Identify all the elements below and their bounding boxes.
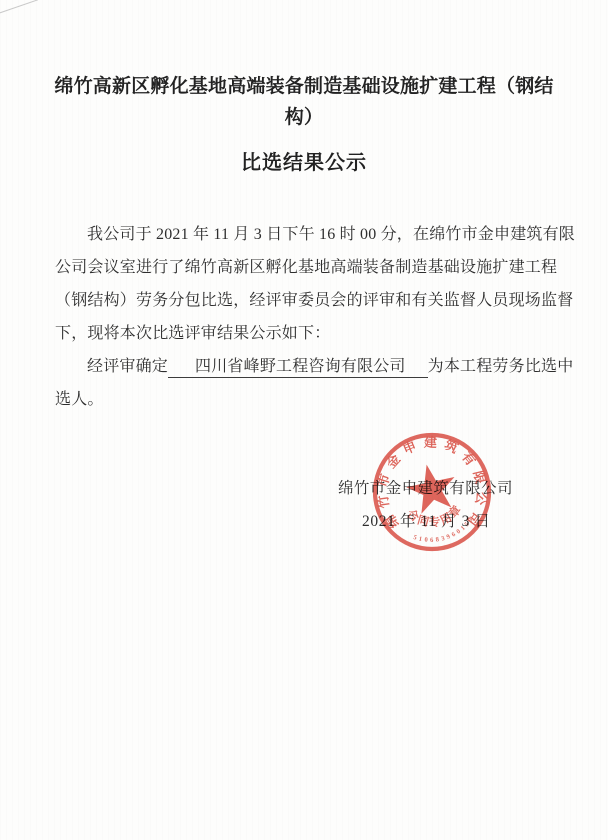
para1-line-2: 公司会议室进行了绵竹高新区孵化基地高端装备制造基础设施扩建工程 [55, 251, 551, 284]
scan-corner-artifact [0, 0, 38, 14]
seal-graphic: 绵竹市金申建筑有限公司 合同专用章 510683960150 [369, 429, 495, 555]
document-page: 绵竹高新区孵化基地高端装备制造基础设施扩建工程（钢结 构） 比选结果公示 我公司… [0, 0, 608, 840]
para2-line-1: 经评审确定四川省峰野工程咨询有限公司为本工程劳务比选中 [55, 350, 551, 383]
title-line-1: 绵竹高新区孵化基地高端装备制造基础设施扩建工程（钢结 [0, 71, 608, 102]
document-subtitle: 比选结果公示 [0, 146, 608, 175]
para2-prefix: 经评审确定 [87, 358, 168, 375]
para1-line-1: 我公司于 2021 年 11 月 3 日下午 16 时 00 分，在绵竹市金申建… [55, 218, 551, 251]
winner-name-underlined: 四川省峰野工程咨询有限公司 [168, 358, 428, 378]
para1-line-3: （钢结构）劳务分包比选，经评审委员会的评审和有关监督人员现场监督 [55, 284, 551, 317]
para2-suffix: 为本工程劳务比选中 [428, 358, 574, 375]
seal-star-icon [402, 459, 460, 515]
para2-line-2: 选人。 [55, 383, 551, 416]
title-line-2: 构） [0, 102, 608, 133]
document-title: 绵竹高新区孵化基地高端装备制造基础设施扩建工程（钢结 构） [0, 71, 608, 133]
para1-line-4: 下，现将本次比选评审结果公示如下： [55, 317, 551, 350]
company-seal-stamp: 绵竹市金申建筑有限公司 合同专用章 510683960150 [369, 429, 495, 555]
document-body: 我公司于 2021 年 11 月 3 日下午 16 时 00 分，在绵竹市金申建… [55, 218, 551, 416]
seal-inner-text: 合同专用章 [404, 502, 464, 530]
